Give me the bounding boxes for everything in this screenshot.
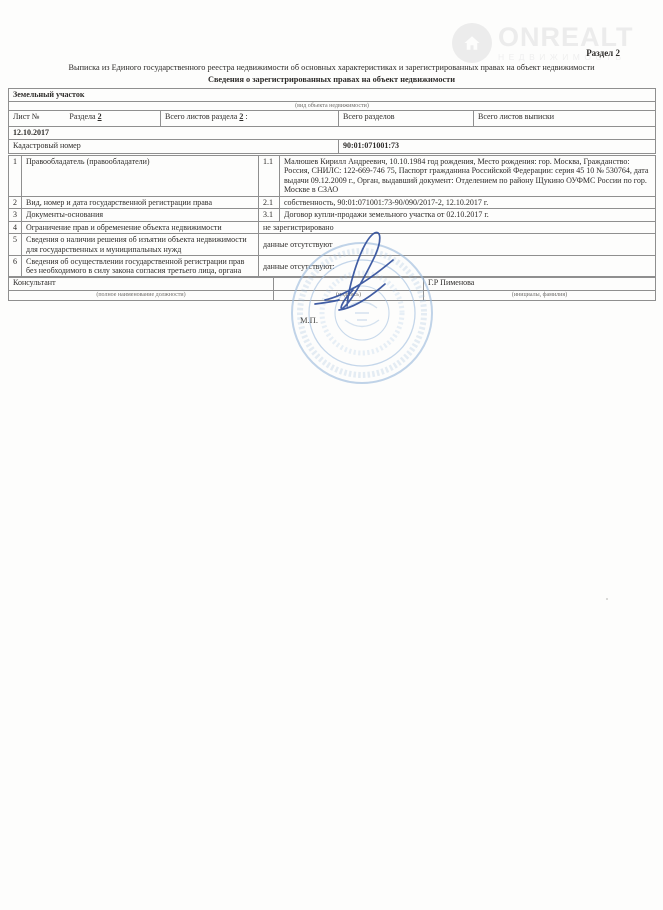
row-num: 5 [9,234,22,256]
row-label: Ограничение прав и обременение объекта н… [22,221,259,233]
row-label: Сведения об осуществлении государственно… [22,255,259,277]
row-label: Правообладатель (правообладатели) [22,156,259,197]
table-row: 1 Правообладатель (правообладатели) 1.1 … [9,156,656,197]
row-value: не зарегистрировано [259,221,656,233]
row-value: Договор купли-продажи земельного участка… [280,209,656,221]
row-value: собственность, 90:01:071001:73-90/090/20… [280,196,656,208]
table-row: (полное наименование должности) (подпись… [9,291,656,301]
table-row: 5 Сведения о наличии решения об изъятии … [9,234,656,256]
total-sheets-num: 2 [239,112,243,121]
signatory-name: Г.Р Пименова [424,277,656,291]
object-type-hint: (вид объекта недвижимости) [9,102,656,111]
table-row: Консультант Г.Р Пименова [9,277,656,291]
section-label: Раздел 2 [586,48,620,58]
total-sheets-prefix: Всего листов раздела [165,112,237,121]
stamp-place-label: М.П. [300,315,318,325]
table-row: 6 Сведения об осуществлении государствен… [9,255,656,277]
row-subnum: 2.1 [259,196,280,208]
signature-area [274,277,424,291]
row-label: Вид, номер и дата государственной регист… [22,196,259,208]
onrealt-watermark: ONREALT НЕДВИЖИМОСТЬ [452,20,632,66]
row-num: 4 [9,221,22,233]
rights-table: 1 Правообладатель (правообладатели) 1.1 … [8,155,656,278]
position-hint: (полное наименование должности) [9,291,274,301]
scan-speck [606,598,608,600]
watermark-circle [452,23,492,63]
object-info-table: Земельный участок (вид объекта недвижимо… [8,88,656,154]
table-row: 2 Вид, номер и дата государственной реги… [9,196,656,208]
table-row: Кадастровый номер 90:01:071001:73 [9,140,656,154]
total-extract-sheets-cell: Всего листов выписки [474,111,656,127]
row-value: данные отсутствуют [259,234,656,256]
sheet-section-prefix: Раздела [69,112,95,121]
row-label: Сведения о наличии решения об изъятии об… [22,234,259,256]
signature-hint: (подпись) [274,291,424,301]
document-title: Выписка из Единого государственного реес… [20,63,643,73]
total-sheets-cell: Всего листов раздела 2 : [161,111,339,127]
row-subnum: 1.1 [259,156,280,197]
row-num: 1 [9,156,22,197]
sheet-number-cell: Лист № Раздела 2 [9,111,161,127]
table-row: 4 Ограничение прав и обременение объекта… [9,221,656,233]
document-page: ONREALT НЕДВИЖИМОСТЬ Раздел 2 Выписка из… [0,0,663,910]
table-row: 3 Документы-основания 3.1 Договор купли-… [9,209,656,221]
cadastral-value: 90:01:071001:73 [339,140,656,154]
table-row: (вид объекта недвижимости) [9,102,656,111]
table-row: Земельный участок [9,89,656,102]
row-num: 2 [9,196,22,208]
total-sheets-suffix: : [245,112,247,121]
table-row: Лист № Раздела 2 Всего листов раздела 2 … [9,111,656,127]
document-subtitle: Сведения о зарегистрированных правах на … [20,75,643,84]
row-value: Малюшев Кирилл Андреевич, 10.10.1984 год… [280,156,656,197]
row-num: 3 [9,209,22,221]
sheet-section-num: 2 [98,112,102,121]
house-icon [463,34,481,52]
row-subnum: 3.1 [259,209,280,221]
table-row: 12.10.2017 [9,127,656,140]
position-title: Консультант [9,277,274,291]
total-sections-cell: Всего разделов [339,111,474,127]
extract-date: 12.10.2017 [9,127,656,140]
sheet-label: Лист № [13,112,39,121]
row-label: Документы-основания [22,209,259,221]
name-hint: (инициалы, фамилия) [424,291,656,301]
row-value: данные отсутствуют: [259,255,656,277]
signature-block: Консультант Г.Р Пименова (полное наимено… [8,276,656,301]
row-num: 6 [9,255,22,277]
cadastral-label: Кадастровый номер [9,140,339,154]
object-type: Земельный участок [9,89,656,102]
